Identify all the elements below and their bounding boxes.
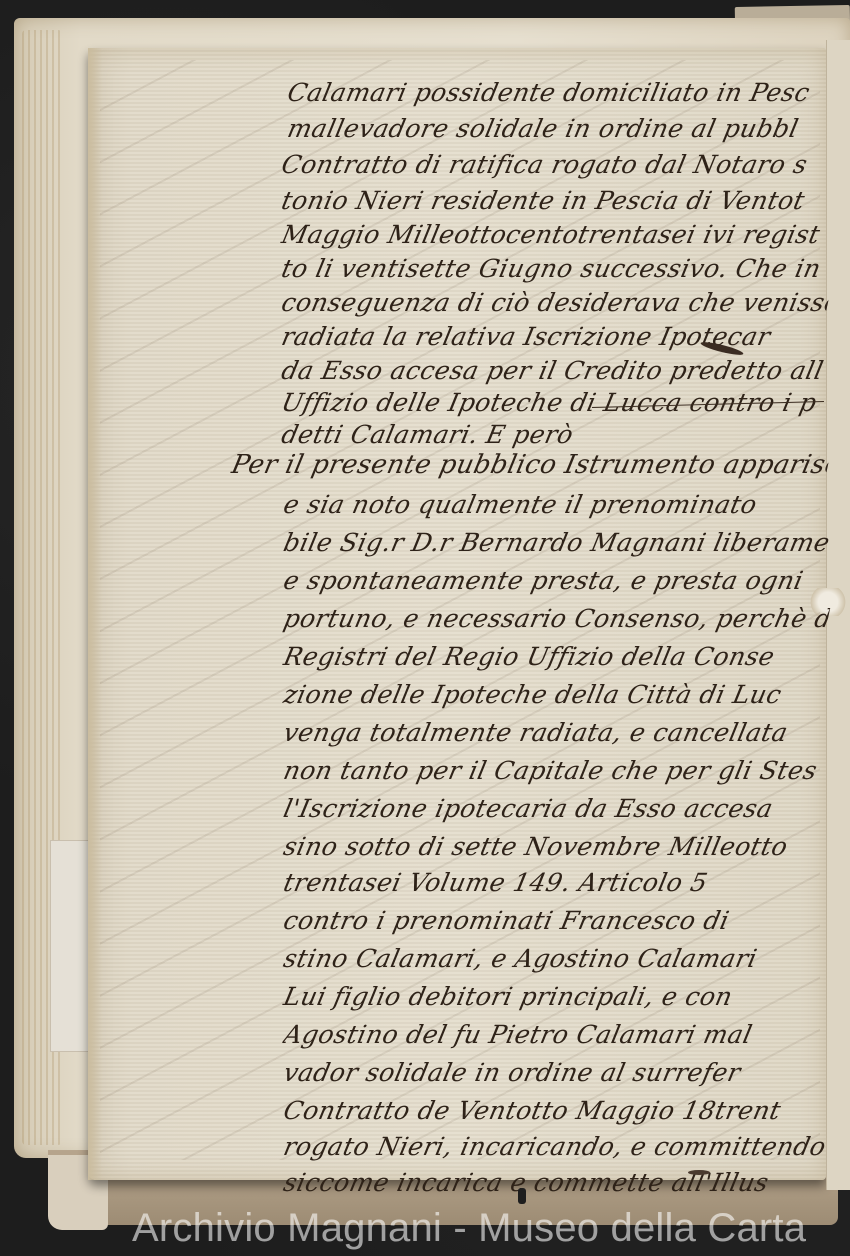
manuscript-line: e spontaneamente presta, e presta ogni: [281, 566, 831, 595]
manuscript-line: conseguenza di ciò desiderava che veniss…: [279, 288, 831, 317]
manuscript-line: rogato Nieri, incaricando, e committendo: [281, 1132, 831, 1161]
handwritten-text: Calamari possidente domiciliato in Pesc …: [0, 0, 850, 1256]
manuscript-line: vador solidale in ordine al surrefer: [281, 1058, 831, 1087]
manuscript-line: stino Calamari, e Agostino Calamari: [281, 944, 831, 973]
manuscript-line: Contratto de Ventotto Maggio 18trent: [281, 1096, 831, 1125]
manuscript-line: Maggio Milleottocentotrentasei ivi regis…: [279, 220, 831, 249]
manuscript-line: Contratto di ratifica rogato dal Notaro …: [279, 150, 831, 179]
manuscript-line: Lui figlio debitori principali, e con: [281, 982, 831, 1011]
manuscript-line: e sia noto qualmente il prenominato: [281, 490, 831, 519]
manuscript-line: sino sotto di sette Novembre Milleotto: [281, 832, 831, 861]
archive-watermark: Archivio Magnani - Museo della Carta: [132, 1206, 806, 1251]
manuscript-line: trentasei Volume 149. Articolo 5: [281, 868, 831, 897]
manuscript-line: venga totalmente radiata, e cancellata: [281, 718, 831, 747]
manuscript-line: to li ventisette Giugno successivo. Che …: [279, 254, 831, 283]
manuscript-line: Per il presente pubblico Istrumento appa…: [229, 450, 831, 480]
manuscript-line: Registri del Regio Uffizio della Conse: [281, 642, 811, 671]
manuscript-line: Calamari possidente domiciliato in Pesc: [285, 78, 831, 107]
manuscript-line: zione delle Ipoteche della Città di Luc: [281, 680, 831, 709]
binding-pin: [518, 1188, 526, 1204]
manuscript-line: da Esso accesa per il Credito predetto a…: [279, 356, 831, 385]
manuscript-line: Agostino del fu Pietro Calamari mal: [281, 1020, 831, 1049]
manuscript-line: radiata la relativa Iscrizione Ipotecar: [279, 322, 831, 351]
manuscript-line: mallevadore solidale in ordine al pubbl: [285, 114, 831, 143]
manuscript-line: detti Calamari. E però: [279, 420, 605, 449]
manuscript-line: l'Iscrizione ipotecaria da Esso accesa: [281, 794, 831, 823]
manuscript-line: portuno, e necessario Consenso, perchè d…: [281, 604, 831, 633]
ink-smudge: [688, 1170, 710, 1175]
manuscript-line: siccome incarica e commette all'Illus: [281, 1168, 831, 1197]
manuscript-line: bile Sig.r D.r Bernardo Magnani liberame: [281, 528, 831, 557]
manuscript-line: non tanto per il Capitale che per gli St…: [281, 756, 831, 785]
manuscript-line: contro i prenominati Francesco di: [281, 906, 831, 935]
manuscript-line: tonio Nieri residente in Pescia di Vento…: [279, 186, 831, 215]
